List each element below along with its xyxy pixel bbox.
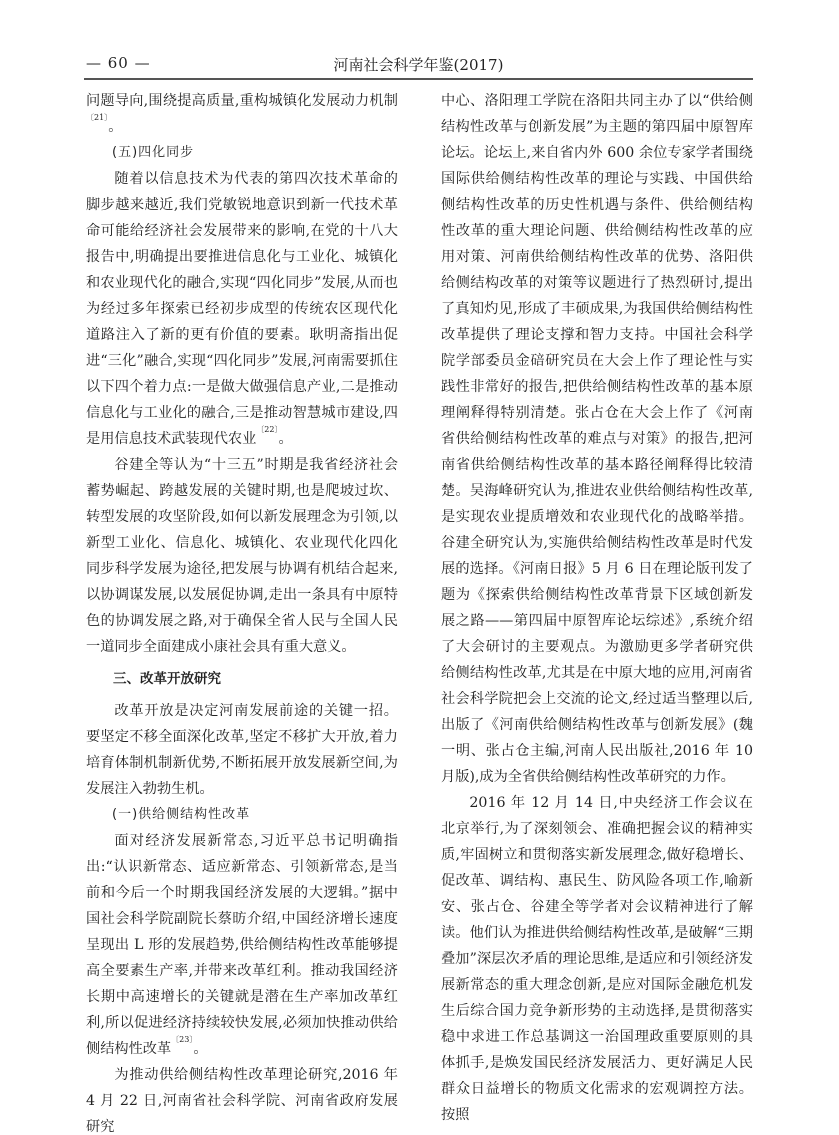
paragraph: 问题导向,围绕提高质量,重构城镇化发展动力机制〔21〕。 (86, 88, 398, 140)
paragraph: 随着以信息技术为代表的第四次技术革命的脚步越来越近,我们党敏锐地意识到新一代技术… (86, 166, 398, 452)
section-heading: 三、改革开放研究 (86, 666, 398, 692)
paragraph: 2016 年 12 月 14 日,中央经济工作会议在北京举行,为了深刻领会、准确… (441, 790, 753, 1128)
paragraph: 改革开放是决定河南发展前途的关键一招。要坚定不移全面深化改革,坚定不移扩大开放,… (86, 698, 398, 802)
citation-ref: 〔22〕 (256, 425, 278, 434)
header-rule (84, 78, 753, 80)
running-title: 河南社会科学年鉴(2017) (84, 54, 753, 75)
paragraph: 面对经济发展新常态,习近平总书记明确指出:“认识新常态、适应新常态、引领新常态,… (86, 828, 398, 1062)
paragraph: 中心、洛阳理工学院在洛阳共同主办了以“供给侧结构性改革与创新发展”为主题的第四届… (441, 88, 753, 790)
subsection-heading: (一)供给侧结构性改革 (86, 802, 398, 828)
left-column: 问题导向,围绕提高质量,重构城镇化发展动力机制〔21〕。 (五)四化同步 随着以… (86, 88, 398, 1135)
subsection-heading: (五)四化同步 (86, 140, 398, 166)
citation-ref: 〔23〕 (171, 1035, 193, 1044)
paragraph: 谷建全等认为“十三五”时期是我省经济社会蓄势崛起、跨越发展的关键时期,也是爬坡过… (86, 452, 398, 660)
right-column: 中心、洛阳理工学院在洛阳共同主办了以“供给侧结构性改革与创新发展”为主题的第四届… (441, 88, 753, 1128)
citation-ref: 〔21〕 (86, 113, 108, 122)
page-header: — 60 — 河南社会科学年鉴(2017) (84, 50, 753, 78)
paragraph: 为推动供给侧结构性改革理论研究,2016 年 4 月 22 日,河南省社会科学院… (86, 1062, 398, 1135)
